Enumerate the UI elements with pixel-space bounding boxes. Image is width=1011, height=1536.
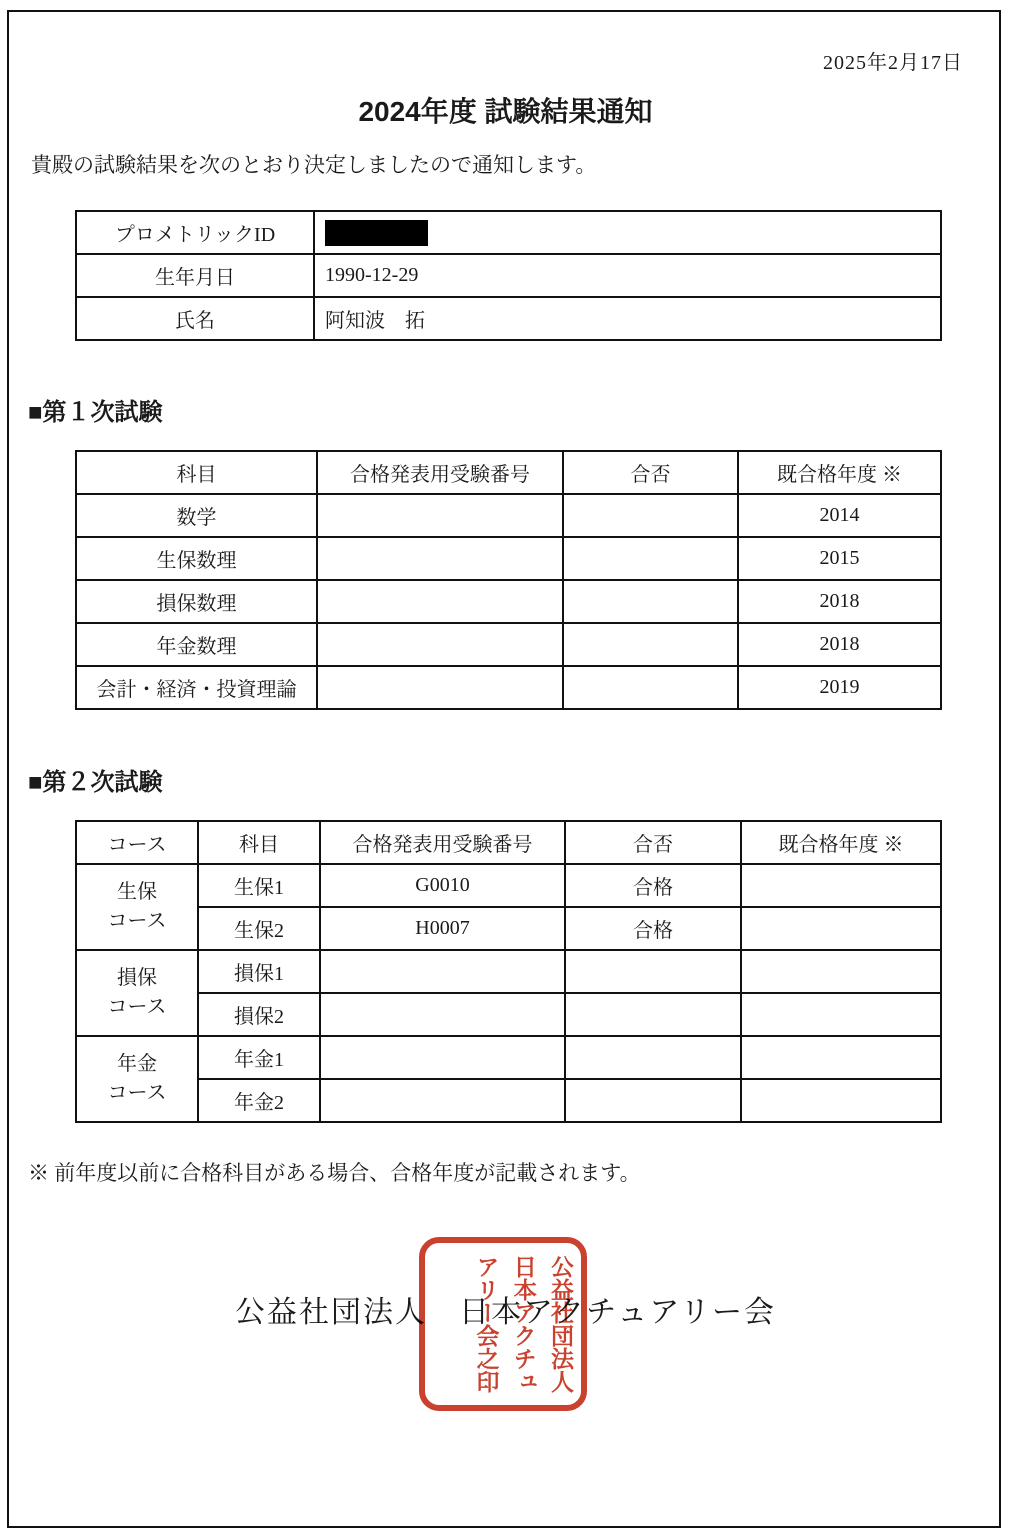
- table-row: 年金 コース 年金1: [76, 1036, 941, 1079]
- subject-cell: 損保数理: [76, 580, 317, 623]
- exam-number-cell: [320, 1079, 565, 1122]
- table-row: 生保 コース 生保1 G0010 合格: [76, 864, 941, 907]
- footnote: ※ 前年度以前に合格科目がある場合、合格年度が記載されます。: [28, 1157, 641, 1187]
- result-cell: 合格: [565, 864, 741, 907]
- col-header-passed-year: 既合格年度 ※: [741, 821, 941, 864]
- subject-cell: 数学: [76, 494, 317, 537]
- result-cell: [563, 494, 738, 537]
- passed-year-cell: 2015: [738, 537, 941, 580]
- col-header-result: 合否: [563, 451, 738, 494]
- col-header-passed-year: 既合格年度 ※: [738, 451, 941, 494]
- passed-year-cell: 2019: [738, 666, 941, 709]
- col-header-course: コース: [76, 821, 198, 864]
- course-cell: 生保 コース: [76, 864, 198, 950]
- table-row: 損保2: [76, 993, 941, 1036]
- table-row: 生年月日 1990-12-29: [76, 254, 941, 297]
- issue-date: 2025年2月17日: [823, 46, 963, 75]
- exam-number-cell: [317, 623, 563, 666]
- result-cell: [563, 537, 738, 580]
- exam-result-notice-page: { "page": { "date": "2025年2月17日", "title…: [0, 0, 1011, 1536]
- exam-number-cell: [320, 993, 565, 1036]
- passed-year-cell: [741, 1079, 941, 1122]
- personal-label: 氏名: [76, 297, 314, 340]
- exam-number-cell: [320, 1036, 565, 1079]
- section-heading-exam1: ■第１次試験: [28, 392, 163, 427]
- result-cell: [565, 993, 741, 1036]
- table-row: 生保2 H0007 合格: [76, 907, 941, 950]
- official-seal-stamp: 公益社団法人 日本アクチュ アリー会之印: [419, 1237, 587, 1411]
- table-header-row: 科目 合格発表用受験番号 合否 既合格年度 ※: [76, 451, 941, 494]
- subject-cell: 会計・経済・投資理論: [76, 666, 317, 709]
- subject-cell: 生保数理: [76, 537, 317, 580]
- passed-year-cell: 2018: [738, 580, 941, 623]
- table-row: 損保数理 2018: [76, 580, 941, 623]
- table-header-row: コース 科目 合格発表用受験番号 合否 既合格年度 ※: [76, 821, 941, 864]
- subject-cell: 生保2: [198, 907, 320, 950]
- table-row: 損保 コース 損保1: [76, 950, 941, 993]
- exam2-table: コース 科目 合格発表用受験番号 合否 既合格年度 ※ 生保 コース 生保1 G…: [75, 820, 942, 1123]
- table-row: 年金数理 2018: [76, 623, 941, 666]
- result-cell: [563, 623, 738, 666]
- table-row: 数学 2014: [76, 494, 941, 537]
- passed-year-cell: [741, 993, 941, 1036]
- exam-number-cell: H0007: [320, 907, 565, 950]
- result-cell: 合格: [565, 907, 741, 950]
- subject-cell: 年金1: [198, 1036, 320, 1079]
- result-cell: [565, 1079, 741, 1122]
- intro-text: 貴殿の試験結果を次のとおり決定しましたので通知します。: [31, 149, 596, 179]
- subject-cell: 年金2: [198, 1079, 320, 1122]
- section-heading-exam2: ■第２次試験: [28, 762, 163, 797]
- passed-year-cell: [741, 950, 941, 993]
- name-value: 阿知波 拓: [314, 297, 941, 340]
- subject-cell: 生保1: [198, 864, 320, 907]
- table-row: 氏名 阿知波 拓: [76, 297, 941, 340]
- subject-cell: 年金数理: [76, 623, 317, 666]
- exam-number-cell: [317, 666, 563, 709]
- col-header-exam-number: 合格発表用受験番号: [317, 451, 563, 494]
- personal-label: 生年月日: [76, 254, 314, 297]
- personal-label: プロメトリックID: [76, 211, 314, 254]
- passed-year-cell: [741, 1036, 941, 1079]
- subject-cell: 損保2: [198, 993, 320, 1036]
- result-cell: [563, 580, 738, 623]
- course-cell: 年金 コース: [76, 1036, 198, 1122]
- col-header-exam-number: 合格発表用受験番号: [320, 821, 565, 864]
- page-title: 2024年度 試験結果通知: [0, 90, 1011, 130]
- result-cell: [565, 1036, 741, 1079]
- exam1-table: 科目 合格発表用受験番号 合否 既合格年度 ※ 数学 2014 生保数理 201…: [75, 450, 942, 710]
- redaction-box: [325, 220, 428, 246]
- course-cell: 損保 コース: [76, 950, 198, 1036]
- exam-number-cell: G0010: [320, 864, 565, 907]
- birthdate-value: 1990-12-29: [314, 254, 941, 297]
- col-header-subject: 科目: [76, 451, 317, 494]
- table-row: プロメトリックID: [76, 211, 941, 254]
- personal-info-table: プロメトリックID 生年月日 1990-12-29 氏名 阿知波 拓: [75, 210, 942, 341]
- table-row: 生保数理 2015: [76, 537, 941, 580]
- col-header-result: 合否: [565, 821, 741, 864]
- exam-number-cell: [317, 494, 563, 537]
- result-cell: [563, 666, 738, 709]
- table-row: 年金2: [76, 1079, 941, 1122]
- passed-year-cell: [741, 864, 941, 907]
- prometric-id-value: [314, 211, 941, 254]
- passed-year-cell: [741, 907, 941, 950]
- col-header-subject: 科目: [198, 821, 320, 864]
- subject-cell: 損保1: [198, 950, 320, 993]
- passed-year-cell: 2018: [738, 623, 941, 666]
- exam-number-cell: [320, 950, 565, 993]
- passed-year-cell: 2014: [738, 494, 941, 537]
- table-row: 会計・経済・投資理論 2019: [76, 666, 941, 709]
- exam-number-cell: [317, 537, 563, 580]
- exam-number-cell: [317, 580, 563, 623]
- result-cell: [565, 950, 741, 993]
